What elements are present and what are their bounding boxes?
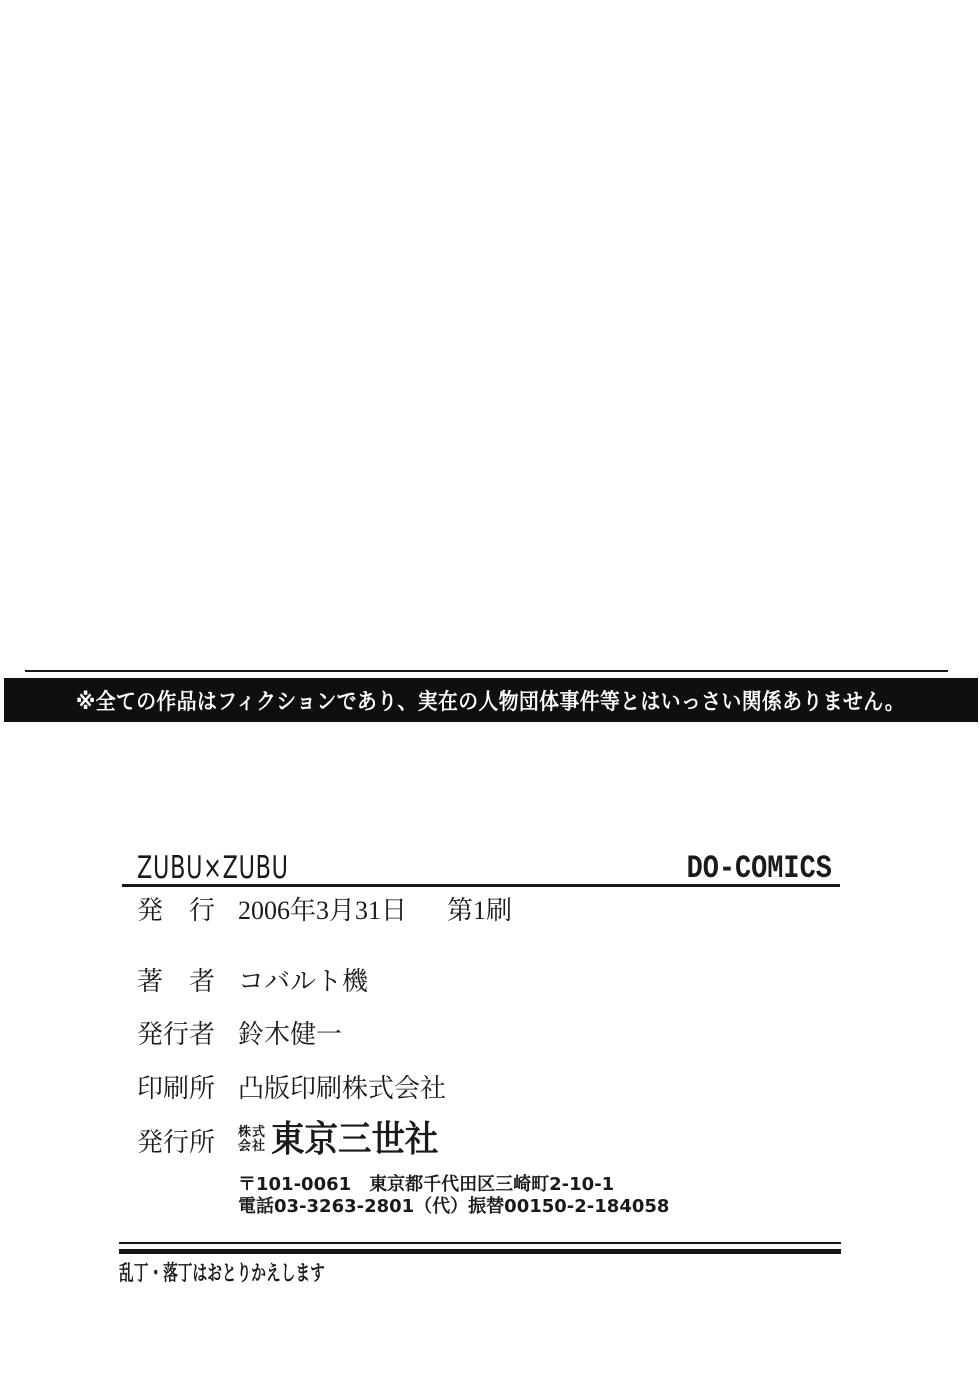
colophon-row-published: 発 行2006年3月31日第1刷 xyxy=(137,897,512,925)
author-label: 著 者 xyxy=(137,968,238,996)
publisher-label: 発行所 xyxy=(137,1122,238,1159)
fiction-disclaimer-text: ※全ての作品はフィクションであり、実在の人物団体事件等とはいっさい関係ありません… xyxy=(77,685,906,716)
bottom-rule-thick xyxy=(119,1249,841,1254)
author-name: コバルト機 xyxy=(238,967,368,996)
colophon-row-author: 著 者コバルト機 xyxy=(137,968,368,996)
issuer-name: 鈴木健一 xyxy=(238,1020,342,1049)
fiction-disclaimer-banner: ※全ての作品はフィクションであり、実在の人物団体事件等とはいっさい関係ありません… xyxy=(4,678,978,722)
defective-copy-notice: 乱丁・落丁はおとりかえします xyxy=(119,1261,325,1285)
published-date: 2006年3月31日 xyxy=(238,896,407,925)
printer-label: 印刷所 xyxy=(137,1075,238,1103)
printing-edition: 第1刷 xyxy=(447,896,512,925)
address-line2-phone: 電話03-3263-2801（代）振替00150-2-184058 xyxy=(238,1196,669,1218)
colophon-row-publisher: 発行所 株式 会社 東京三世社 xyxy=(137,1119,451,1161)
corporation-prefix: 株式 会社 xyxy=(238,1126,266,1154)
printer-name: 凸版印刷株式会社 xyxy=(238,1074,446,1103)
publisher-company-name: 東京三世社 xyxy=(271,1121,438,1159)
corporation-prefix-bottom: 会社 xyxy=(238,1140,266,1154)
colophon-page: ※全ての作品はフィクションであり、実在の人物団体事件等とはいっさい関係ありません… xyxy=(0,0,980,1400)
banner-top-rule xyxy=(25,670,948,672)
title-underline xyxy=(122,884,840,887)
street-address: 東京都千代田区三崎町2-10-1 xyxy=(369,1174,614,1195)
imprint-label: DO-COMICS xyxy=(687,853,832,885)
book-title: ZUBU×ZUBU xyxy=(137,853,289,884)
publisher-address-block: 〒101-0061東京都千代田区三崎町2-10-1 電話03-3263-2801… xyxy=(238,1174,669,1218)
issuer-label: 発行者 xyxy=(137,1021,238,1049)
postal-code: 〒101-0061 xyxy=(238,1174,351,1195)
colophon-row-printer: 印刷所凸版印刷株式会社 xyxy=(137,1075,446,1103)
published-label: 発 行 xyxy=(137,897,238,925)
colophon-row-issuer: 発行者鈴木健一 xyxy=(137,1021,342,1049)
corporation-prefix-top: 株式 xyxy=(238,1126,266,1140)
bottom-rule-thin xyxy=(119,1242,841,1244)
address-line1: 〒101-0061東京都千代田区三崎町2-10-1 xyxy=(238,1174,669,1196)
